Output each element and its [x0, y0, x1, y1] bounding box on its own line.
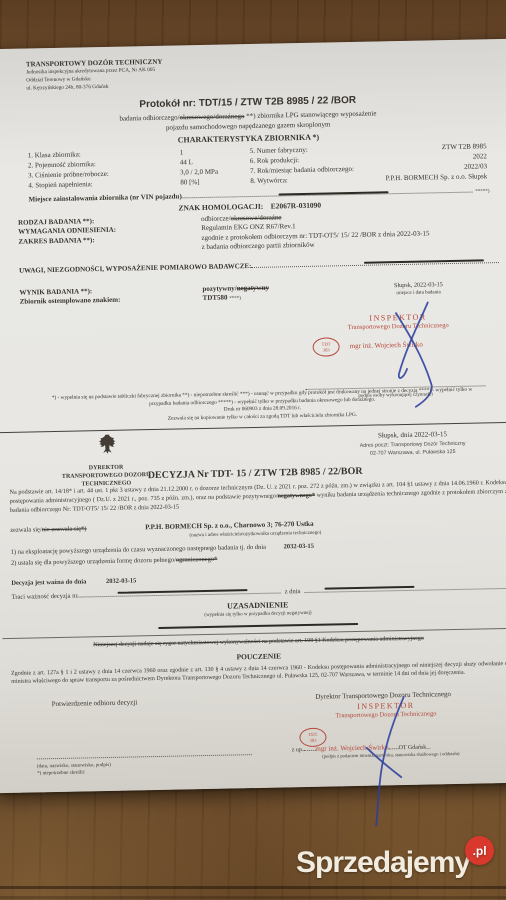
struck-text: ograniczonego*: [176, 556, 218, 564]
table-right-column: 5. Numer fabryczny:ZTW T2B 8985 6. Rok p…: [250, 141, 488, 186]
decision-place-date: Słupsk, dnia 2022-03-15: [328, 429, 496, 442]
uwagi-line: UWAGI, NIEZGODNOŚCI, WYPOSAŻENIE POMIARO…: [19, 255, 499, 276]
struck-text: nie zezwala się*): [42, 525, 87, 533]
receipt-signature-area: (data, nazwisko, stanowisko, podpis) *) …: [37, 742, 253, 777]
watermark-pl-badge: .pl: [465, 836, 494, 865]
polish-eagle-emblem-icon: [92, 433, 119, 460]
struck-text: okresowego/doraźnego: [179, 112, 244, 121]
dotted-line: [77, 586, 280, 598]
redaction-bar: [118, 589, 248, 594]
document-paper: TRANSPORTOWY DOZÓR TECHNICZNY Jednostka …: [0, 39, 506, 794]
protocol-number: TDT/15 / ZTW T2B 8985 / 22 /BOR: [199, 95, 356, 109]
decision-date-address: Słupsk, dnia 2022-03-15 Adres poczt: Tra…: [328, 429, 497, 459]
struck-text: okresowe/doraźne: [230, 213, 281, 222]
place-date-block: Słupsk, 2022-03-15 miejsce i data badani…: [353, 280, 483, 298]
permit-line: zezwala się/nie zezwala się*): [10, 525, 87, 535]
charakterystyka-table: 1. Klasa zbiornika:1 2. Pojemność zbiorn…: [28, 141, 488, 190]
validity-date: 2032-03-15: [106, 577, 136, 585]
validity-line: Decyzja jest ważna do dnia 2032-03-15: [11, 577, 136, 588]
homologation-number: E2067R-031090: [271, 201, 322, 211]
redaction-bar: [324, 586, 414, 590]
footnotes-block: *) - wypełnia się na podstawie tabliczki…: [43, 386, 483, 425]
protocol-label: Protokół nr:: [139, 98, 196, 110]
footnote-mark: *****): [475, 189, 489, 196]
struck-text: negatywnego*: [277, 492, 315, 500]
wood-table-background: TRANSPORTOWY DOZÓR TECHNICZNY Jednostka …: [0, 0, 506, 900]
receipt-confirmation-label: Potwierdzenie odbioru decyzji: [52, 698, 138, 709]
org-address: ul. Kętrzyńskiego 24b, 80-376 Gdańsk: [26, 83, 163, 93]
tdt-oval-stamp: TDT 303: [312, 337, 339, 357]
footnote-mark: ****): [229, 297, 241, 302]
next-inspection-date: 2032-03-15: [284, 543, 314, 551]
pen-signature: [346, 693, 419, 832]
watermark-brand: Sprzedajemy: [296, 846, 470, 879]
struck-text: negatywny: [237, 284, 269, 293]
dotted-line: [303, 743, 315, 751]
test-type-block: RODZAJ BADANIA **):odbiorcze/okresowe/do…: [18, 209, 497, 256]
result-block: WYNIK BADANIA **):pozytywny/negatywny Zb…: [19, 283, 319, 308]
dotted-line: [304, 581, 506, 593]
redaction-bar: [158, 623, 358, 629]
dotted-line: [37, 750, 252, 759]
place-date-caption: miejsce i data badania: [354, 289, 484, 298]
letterhead: TRANSPORTOWY DOZÓR TECHNICZNY Jednostka …: [26, 58, 163, 93]
sprzedajemy-watermark: Sprzedajemy .pl: [296, 846, 470, 880]
table-left-column: 1. Klasa zbiornika:1 2. Pojemność zbiorn…: [28, 146, 247, 190]
